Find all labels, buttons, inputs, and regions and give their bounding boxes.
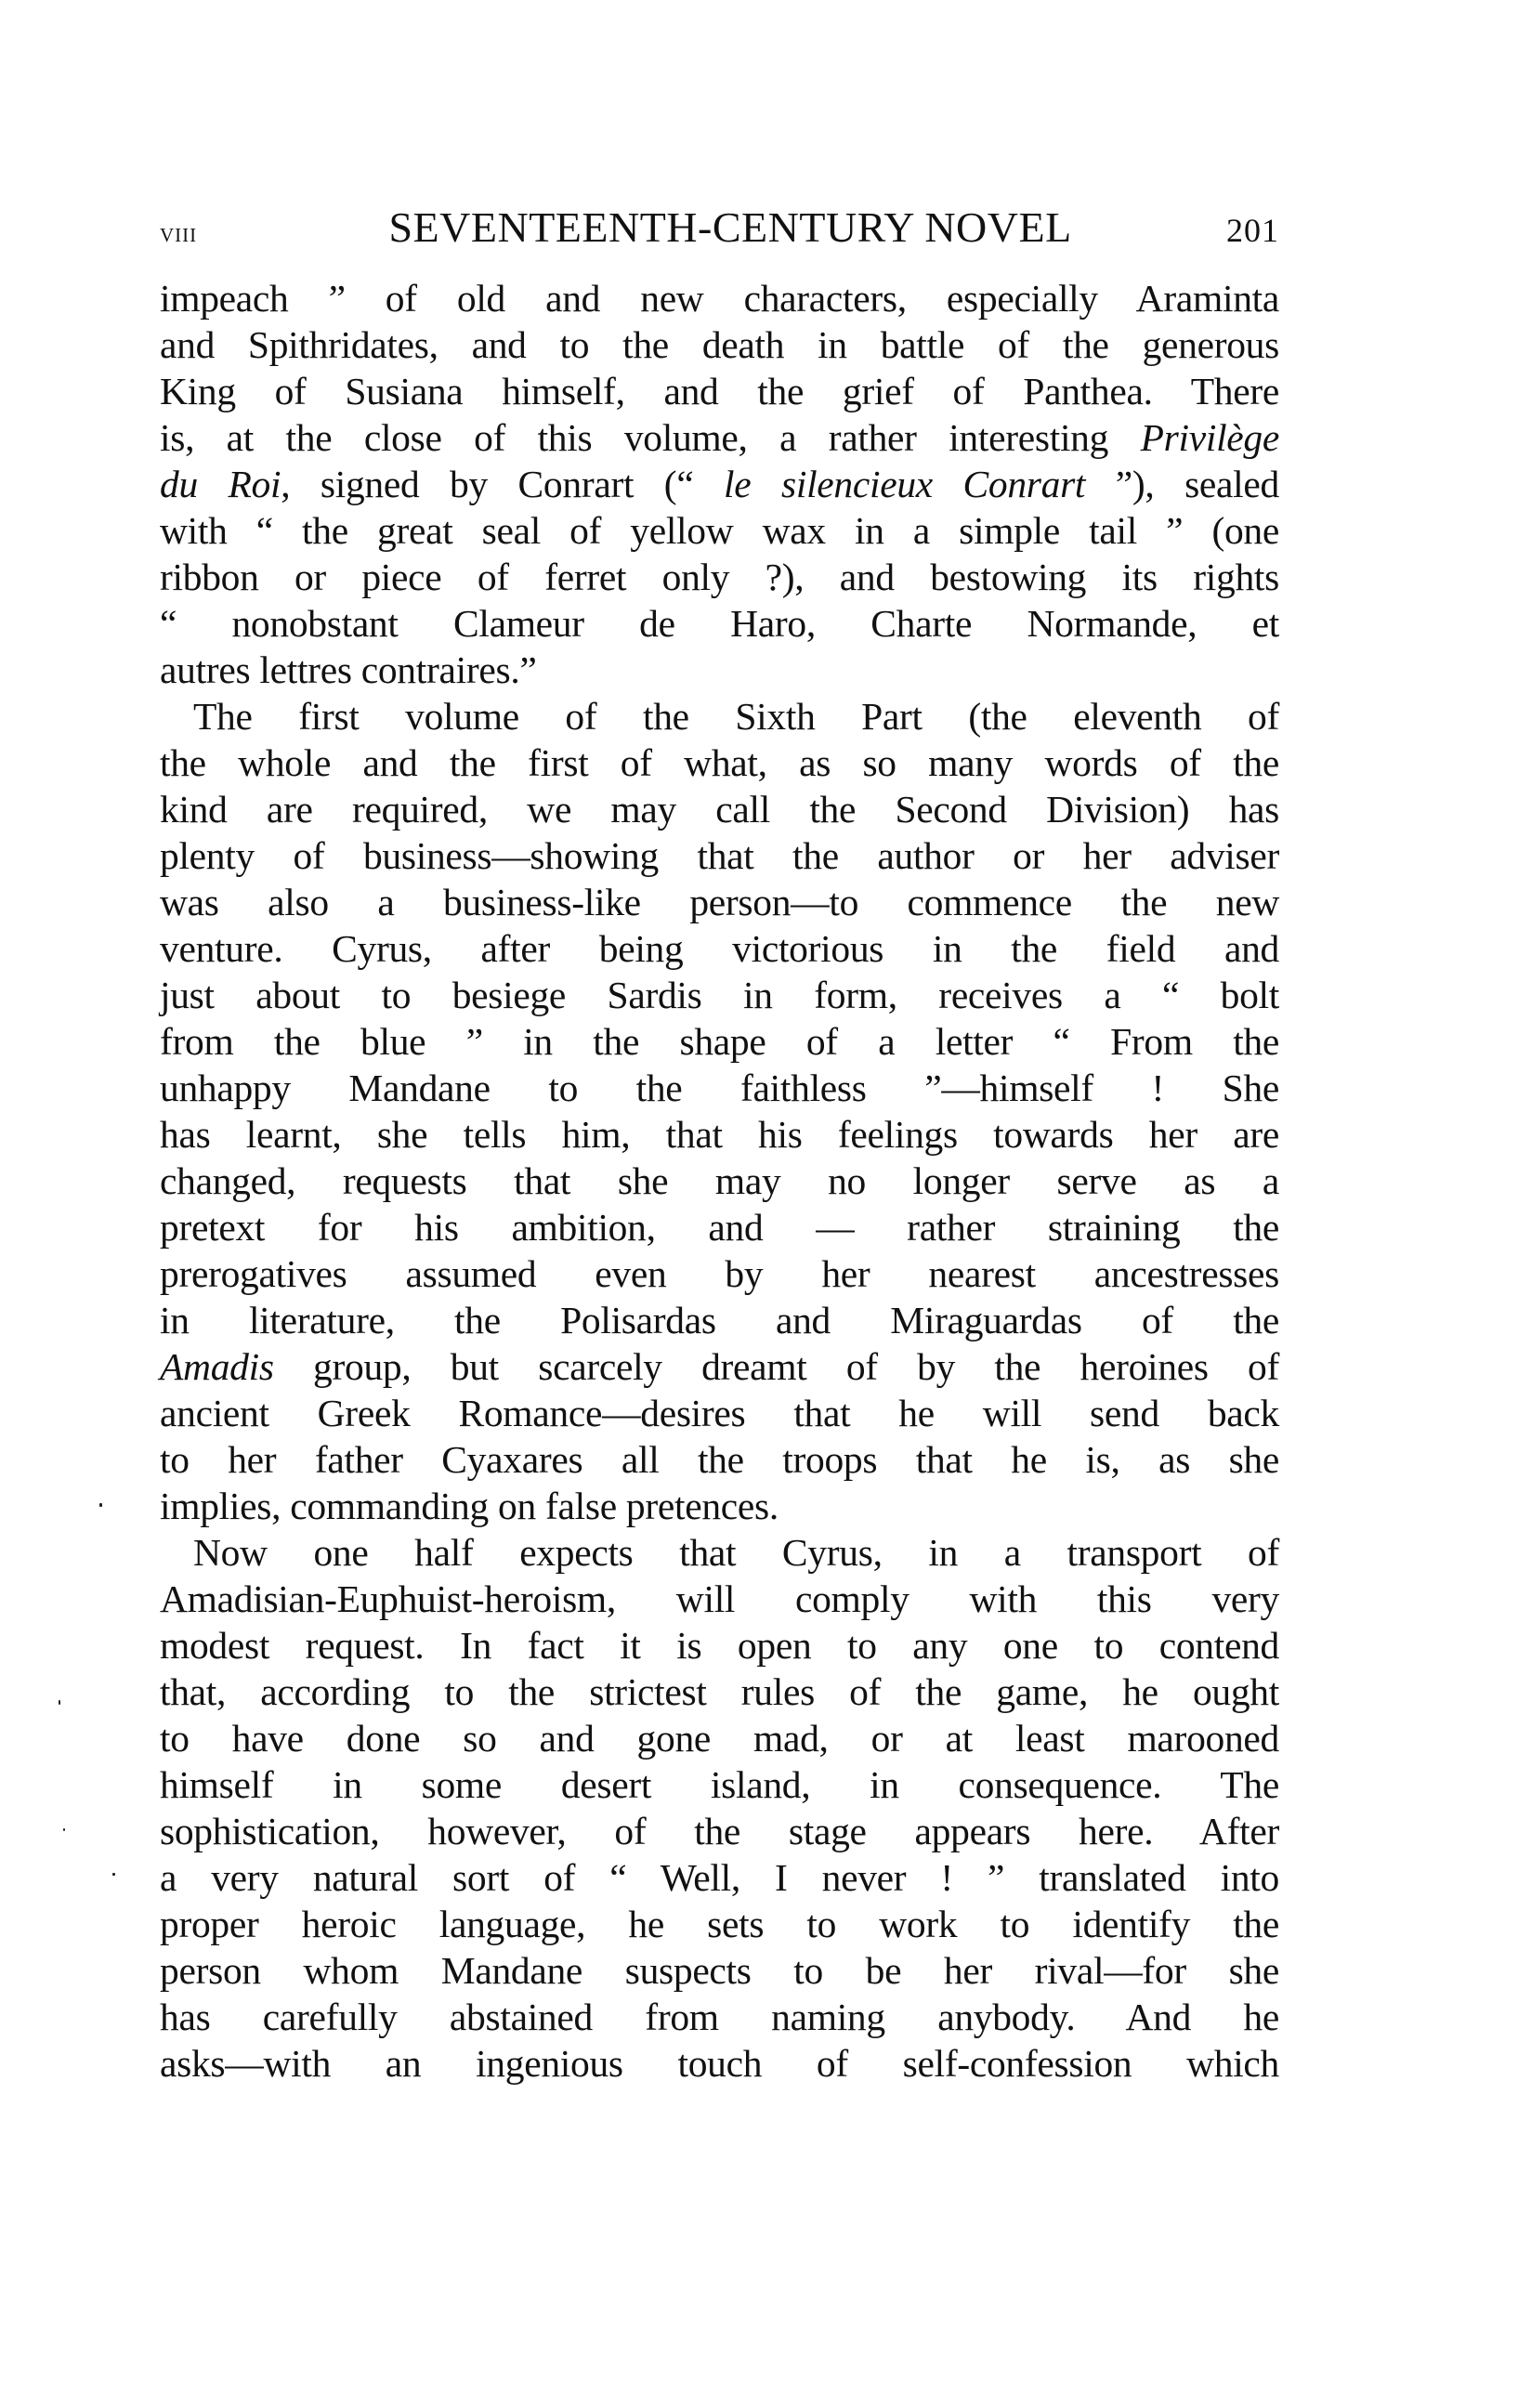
text-segment: venture. Cyrus, after being victorious i… (160, 927, 1279, 970)
text-segment: Now one half expects that Cyrus, in a tr… (193, 1531, 1279, 1574)
text-segment: implies, commanding on false pretences. (160, 1485, 779, 1527)
text-line: person whom Mandane suspects to be her r… (160, 1947, 1279, 1994)
text-line: is, at the close of this volume, a rathe… (160, 414, 1279, 461)
text-line: unhappy Mandane to the faithless ”—himse… (160, 1065, 1279, 1111)
text-line: autres lettres contraires.” (160, 647, 1279, 693)
text-segment: has carefully abstained from naming anyb… (160, 1996, 1279, 2038)
text-line: asks—with an ingenious touch of self-con… (160, 2040, 1279, 2087)
text-segment: impeach ” of old and new characters, esp… (160, 277, 1279, 320)
text-segment: ribbon or piece of ferret only ?), and b… (160, 556, 1279, 598)
text-segment: that, according to the strictest rules o… (160, 1670, 1279, 1713)
text-segment: unhappy Mandane to the faithless ”—himse… (160, 1067, 1279, 1109)
text-line: from the blue ” in the shape of a letter… (160, 1018, 1279, 1065)
text-line: changed, requests that she may no longer… (160, 1158, 1279, 1204)
text-line: that, according to the strictest rules o… (160, 1669, 1279, 1715)
text-segment: prerogatives assumed even by her nearest… (160, 1252, 1279, 1295)
text-segment: ancient Greek Romance—desires that he wi… (160, 1392, 1279, 1434)
text-segment: pretext for his ambition, and — rather s… (160, 1206, 1279, 1249)
scan-speck (59, 1700, 60, 1705)
book-page: VIII SEVENTEENTH-CENTURY NOVEL 201 impea… (0, 0, 1531, 2408)
text-segment: and Spithridates, and to the death in ba… (160, 323, 1279, 366)
text-line: prerogatives assumed even by her nearest… (160, 1250, 1279, 1297)
text-line: was also a business-like person—to comme… (160, 879, 1279, 925)
text-segment: person whom Mandane suspects to be her r… (160, 1949, 1279, 1992)
text-segment: in literature, the Polisardas and Miragu… (160, 1299, 1279, 1341)
page-number: 201 (1226, 211, 1279, 250)
running-title: SEVENTEENTH-CENTURY NOVEL (388, 203, 1071, 252)
text-segment: is, at the close of this volume, a rathe… (160, 416, 1141, 459)
text-line: ancient Greek Romance—desires that he wi… (160, 1390, 1279, 1436)
text-line: du Roi, signed by Conrart (“ le silencie… (160, 461, 1279, 507)
text-segment: ”), sealed (1085, 463, 1279, 505)
text-line: pretext for his ambition, and — rather s… (160, 1204, 1279, 1250)
text-line: himself in some desert island, in conseq… (160, 1761, 1279, 1808)
text-line: Amadisian-Euphuist-heroism, will comply … (160, 1576, 1279, 1622)
text-line: Amadis group, but scarcely dreamt of by … (160, 1343, 1279, 1390)
text-line: “ nonobstant Clameur de Haro, Charte Nor… (160, 600, 1279, 647)
text-line: the whole and the first of what, as so m… (160, 739, 1279, 786)
text-segment: sophistication, however, of the stage ap… (160, 1810, 1279, 1852)
text-line: has learnt, she tells him, that his feel… (160, 1111, 1279, 1158)
text-segment: “ nonobstant Clameur de Haro, Charte Nor… (160, 602, 1279, 645)
scan-speck (63, 1828, 65, 1831)
text-line: The first volume of the Sixth Part (the … (160, 693, 1279, 739)
text-line: to her father Cyaxares all the troops th… (160, 1436, 1279, 1483)
text-segment: plenty of business—showing that the auth… (160, 834, 1279, 877)
text-line: kind are required, we may call the Secon… (160, 786, 1279, 832)
text-segment: to her father Cyaxares all the troops th… (160, 1438, 1279, 1481)
italic-text: du Roi (160, 463, 281, 505)
italic-text: Amadis (160, 1345, 274, 1388)
chapter-number: VIII (160, 217, 197, 249)
text-line: just about to besiege Sardis in form, re… (160, 972, 1279, 1018)
text-line: proper heroic language, he sets to work … (160, 1901, 1279, 1947)
text-segment: The first volume of the Sixth Part (the … (193, 695, 1279, 738)
scan-speck (99, 1503, 102, 1507)
text-segment: group, but scarcely dreamt of by the her… (274, 1345, 1279, 1388)
text-line: implies, commanding on false pretences. (160, 1483, 1279, 1529)
text-line: modest request. In fact it is open to an… (160, 1622, 1279, 1669)
text-segment: just about to besiege Sardis in form, re… (160, 974, 1279, 1016)
text-segment: , signed by Conrart (“ (281, 463, 724, 505)
text-segment: kind are required, we may call the Secon… (160, 788, 1279, 831)
text-segment: to have done so and gone mad, or at leas… (160, 1717, 1279, 1760)
text-line: King of Susiana himself, and the grief o… (160, 368, 1279, 414)
body-text: impeach ” of old and new characters, esp… (160, 275, 1279, 2087)
text-segment: proper heroic language, he sets to work … (160, 1903, 1279, 1945)
text-line: ribbon or piece of ferret only ?), and b… (160, 554, 1279, 600)
italic-text: Privilège (1141, 416, 1279, 459)
running-head: VIII SEVENTEENTH-CENTURY NOVEL 201 (160, 203, 1279, 258)
text-segment: with “ the great seal of yellow wax in a… (160, 509, 1279, 552)
text-segment: himself in some desert island, in conseq… (160, 1763, 1279, 1806)
text-line: with “ the great seal of yellow wax in a… (160, 507, 1279, 554)
text-line: and Spithridates, and to the death in ba… (160, 321, 1279, 368)
text-segment: has learnt, she tells him, that his feel… (160, 1113, 1279, 1156)
text-line: Now one half expects that Cyrus, in a tr… (160, 1529, 1279, 1576)
text-line: plenty of business—showing that the auth… (160, 832, 1279, 879)
text-segment: asks—with an ingenious touch of self-con… (160, 2042, 1279, 2085)
text-line: in literature, the Polisardas and Miragu… (160, 1297, 1279, 1343)
text-segment: Amadisian-Euphuist-heroism, will comply … (160, 1577, 1279, 1620)
italic-text: le silencieux Conrart (724, 463, 1085, 505)
text-line: sophistication, however, of the stage ap… (160, 1808, 1279, 1854)
text-line: to have done so and gone mad, or at leas… (160, 1715, 1279, 1761)
text-line: a very natural sort of “ Well, I never !… (160, 1854, 1279, 1901)
text-line: impeach ” of old and new characters, esp… (160, 275, 1279, 321)
text-segment: modest request. In fact it is open to an… (160, 1624, 1279, 1667)
scan-speck (112, 1873, 115, 1876)
text-segment: was also a business-like person—to comme… (160, 881, 1279, 923)
text-segment: the whole and the first of what, as so m… (160, 741, 1279, 784)
text-line: has carefully abstained from naming anyb… (160, 1994, 1279, 2040)
text-segment: from the blue ” in the shape of a letter… (160, 1020, 1279, 1063)
text-segment: changed, requests that she may no longer… (160, 1159, 1279, 1202)
text-line: venture. Cyrus, after being victorious i… (160, 925, 1279, 972)
text-segment: autres lettres contraires.” (160, 648, 537, 691)
text-segment: King of Susiana himself, and the grief o… (160, 370, 1279, 412)
text-segment: a very natural sort of “ Well, I never !… (160, 1856, 1279, 1899)
